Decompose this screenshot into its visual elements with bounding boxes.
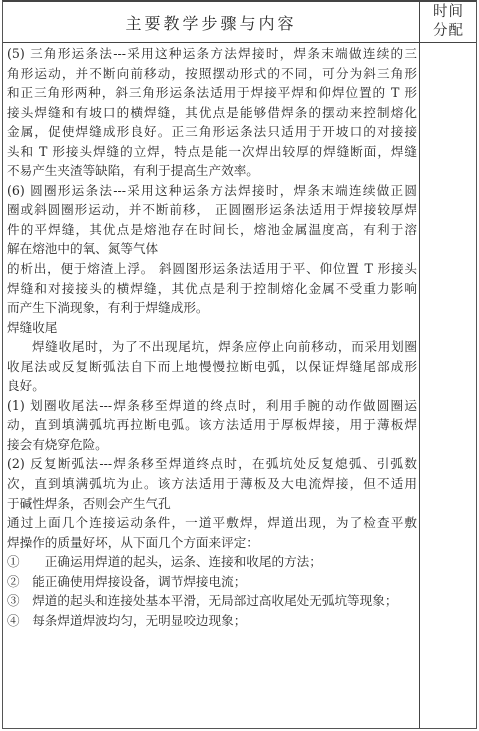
content-line: 收尾法或反复断弧法自下而上地慢慢拉断电弧，以保证焊缝尾部成形 [7,357,417,377]
content-line: 动，直到填满弧坑再拉断电弧。该方法适用于厚板焊接，用于薄板焊 [7,415,417,435]
header-time-line1: 时间 [433,3,464,22]
content-line: 解在熔池中的氧、氮等气体 [7,239,417,259]
content-line: (5) 三角形运条法---采用这种运条方法焊接时，焊条末端做连续的三 [7,44,417,64]
content-line: 的析出，便于熔渣上浮。 斜圆图形运条法适用于平、仰位置 T 形接头 [7,259,417,279]
content-line: 而产生下淌现象，有利于焊缝成形。 [7,298,417,318]
content-line: ④ 每条焊道焊波均匀，无明显咬边现象； [7,611,417,631]
content-line: ② 能正确使用焊接设备，调节焊接电流； [7,572,417,592]
content-line: 角形运动，并不断向前移动，按照摆动形式的不同，可分为斜三角形 [7,64,417,84]
content-line: ③ 焊道的起头和连接处基本平滑，无局部过高收尾处无弧坑等现象； [7,591,417,611]
header-time-line2: 分配 [433,22,464,41]
content-line: 圈或斜圆圈形运动，并不断前移， 正圆圈形运条法适用于焊接较厚焊 [7,200,417,220]
content-line: 接会有烧穿危险。 [7,435,417,455]
content-line: 于碱性焊条，否则会产生气孔 [7,494,417,514]
content-line: 金属，促使焊缝成形良好。正三角形运条法只适用于开坡口的对接接 [7,122,417,142]
teaching-content-cell: (5) 三角形运条法---采用这种运条方法焊接时，焊条末端做连续的三角形运动，并… [7,44,417,630]
content-line: 和正三角形两种，斜三角形运条法适用于焊接平焊和仰焊位置的 T 形 [7,83,417,103]
content-line: 不易产生夹渣等缺陷，有利于提高生产效率。 [7,161,417,181]
content-line: 通过上面几个连接运动条件，一道平敷焊，焊道出现，为了检查平敷 [7,513,417,533]
header-main-steps: 主要教学步骤与内容 [3,2,419,42]
time-allocation-cell [420,43,477,728]
content-line: 接头焊缝和有坡口的横焊缝，其优点是能够借焊条的摆动来控制熔化 [7,103,417,123]
content-line: 良好。 [7,376,417,396]
content-line: (6) 圆圈形运条法---采用这种运条方法焊接时，焊条末端连续做正圆 [7,181,417,201]
content-line: 次，直到填满弧坑为止。该方法适用于薄板及大电流焊接，但不适用 [7,474,417,494]
content-line: 头和 T 形接头焊缝的立焊，特点是能一次焊出较厚的焊缝断面，焊缝 [7,142,417,162]
header-time-allocation: 时间 分配 [420,2,477,42]
content-line: 焊缝收尾时，为了不出现尾坑，焊条应停止向前移动，而采用划圈 [7,337,417,357]
content-line: 焊缝收尾 [7,318,417,338]
content-line: 焊操作的质量好坏，从下面几个方面来评定： [7,533,417,553]
header-divider [3,42,476,43]
content-line: 件的平焊缝，其优点是熔池存在时间长，熔池金属温度高，有利于溶 [7,220,417,240]
content-line: (2) 反复断弧法---焊条移至焊道终点时，在弧坑处反复熄弧、引弧数 [7,454,417,474]
content-line: ① 正确运用焊道的起头，运条、连接和收尾的方法； [7,552,417,572]
content-line: (1) 划圈收尾法---焊条移至焊道的终点时，利用手腕的动作做圆圈运 [7,396,417,416]
content-line: 焊缝和对接接头的横焊缝，其优点是利于控制熔化金属不受重力影响 [7,279,417,299]
lesson-plan-table: 主要教学步骤与内容 时间 分配 (5) 三角形运条法---采用这种运条方法焊接时… [2,0,477,729]
